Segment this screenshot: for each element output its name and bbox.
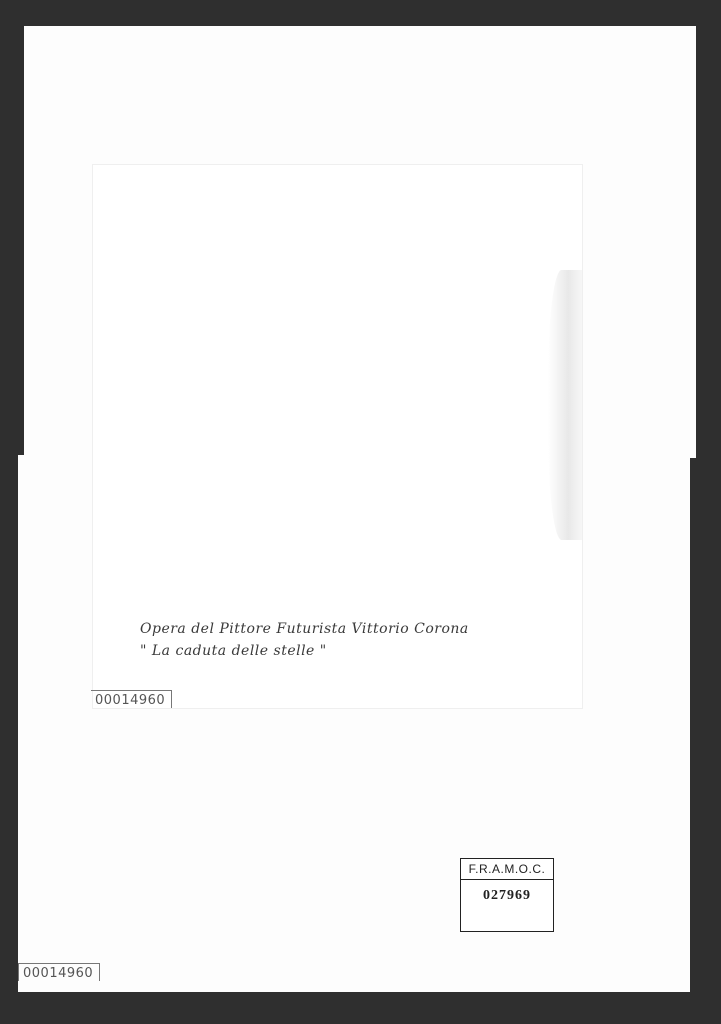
archive-stamp: F.R.A.M.O.C. 027969 — [460, 858, 554, 932]
paper-stain — [548, 270, 582, 540]
inventory-number-upper: 00014960 — [91, 690, 172, 708]
handwritten-caption: Opera del Pittore Futurista Vittorio Cor… — [140, 618, 469, 662]
caption-line-artist: Opera del Pittore Futurista Vittorio Cor… — [140, 618, 469, 640]
caption-line-title: " La caduta delle stelle " — [140, 640, 469, 662]
archive-stamp-label: F.R.A.M.O.C. — [461, 859, 553, 880]
inventory-number-lower: 00014960 — [18, 963, 100, 981]
archive-stamp-number: 027969 — [461, 888, 553, 904]
